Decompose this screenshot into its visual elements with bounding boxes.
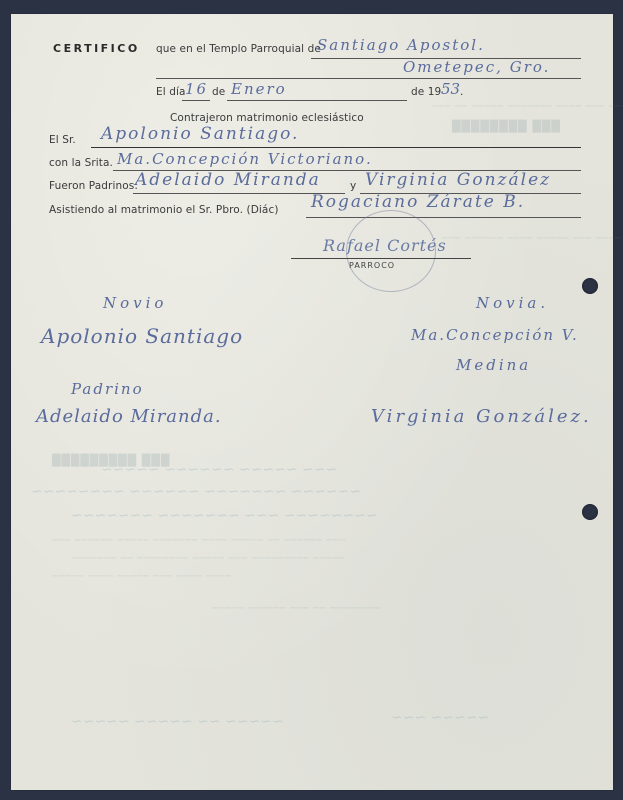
bride-signature-heading: Novia.	[476, 294, 549, 312]
location-value: Ometepec, Gro.	[403, 58, 550, 76]
bride-signature-line1: Ma.Concepción V.	[411, 326, 579, 344]
month-value: Enero	[231, 80, 287, 98]
year-prefix: de 19	[411, 86, 441, 98]
parish-value: Santiago Apostol.	[317, 36, 485, 54]
bleed-through-texture: ───── ───────── ─── ───── ──────── ── ──…	[71, 554, 345, 564]
bleed-through-texture: ███ ████████	[451, 120, 560, 133]
bleed-through-texture: ──── ─── ───── ──── ────── ───	[441, 234, 621, 244]
certificate-title: CERTIFICO	[53, 42, 140, 55]
bride-label: con la Srita.	[49, 157, 113, 169]
groom-value: Apolonio Santiago.	[101, 124, 299, 144]
groom-label: El Sr.	[49, 134, 76, 146]
year-suffix: .	[460, 86, 463, 98]
parish-label: que en el Templo Parroquial de	[156, 43, 321, 55]
year-value: 53	[441, 80, 460, 98]
groom-signature: Apolonio Santiago	[41, 324, 243, 348]
bleed-through-texture: ~~~~~~~~ ~~~ ~~~~~~~ ~~~~~~~	[71, 508, 378, 524]
day-value: 16	[185, 80, 208, 98]
groom-signature-heading: Novio	[103, 294, 167, 312]
priest-signature: Rafael Cortés	[323, 236, 447, 255]
bride-value: Ma.Concepción Victoriano.	[117, 150, 373, 168]
bleed-through-texture: ~~~~~ ~~~	[391, 710, 489, 726]
groom-line	[91, 147, 581, 148]
date-de: de	[212, 86, 225, 98]
bleed-through-texture: ~~~~~ ~~ ~~~~~ ~~~~~	[71, 714, 284, 730]
godfather-signature: Adelaido Miranda.	[36, 406, 222, 427]
binder-hole-bottom	[582, 504, 598, 520]
bleed-through-texture: ──────── ── ─── ────── ─────	[211, 604, 381, 614]
officiant-label: Asistiendo al matrimonio el Sr. Pbro. (D…	[49, 204, 279, 216]
location-line	[156, 78, 581, 79]
godfather-value: Adelaido Miranda	[135, 170, 321, 190]
bride-signature-line2: Medina	[456, 356, 531, 374]
godmother-signature: Virginia González.	[371, 406, 592, 427]
bleed-through-texture: ~~~~~~ ~~~~~~~ ~~~~~~ ~~~~~~~~	[31, 484, 361, 500]
bleed-through-texture: ─── ────── ── ───── ──── ─────── ───── ─…	[51, 536, 345, 546]
officiant-line	[306, 217, 581, 218]
contracted-label: Contrajeron matrimonio eclesiástico	[170, 112, 364, 124]
godparents-label: Fueron Padrinos:	[49, 180, 138, 192]
certificate-paper: ─── ─── ──── ─────── ───── ── ─── ███ ██…	[11, 14, 613, 790]
scan-background: ─── ─── ──── ─────── ───── ── ─── ███ ██…	[0, 0, 623, 800]
bleed-through-texture: ~~~ ~~~~~ ~~~~~~ ~~~~~	[101, 462, 337, 478]
priest-signature-line	[291, 258, 471, 259]
bleed-through-texture: ─── ─── ──── ─────── ───── ── ───	[431, 102, 623, 112]
day-line	[182, 100, 210, 101]
godfather-signature-heading: Padrino	[71, 380, 144, 398]
officiant-value: Rogaciano Zárate B.	[311, 192, 525, 212]
godmother-value: Virginia González	[365, 170, 551, 190]
month-line	[227, 100, 407, 101]
date-prefix: El día	[156, 86, 186, 98]
binder-hole-top	[582, 278, 598, 294]
priest-title: PARROCO	[349, 261, 395, 270]
godparents-and: y	[350, 180, 356, 192]
bleed-through-texture: ──── ──── ─── ───── ──── ─────	[51, 572, 231, 582]
